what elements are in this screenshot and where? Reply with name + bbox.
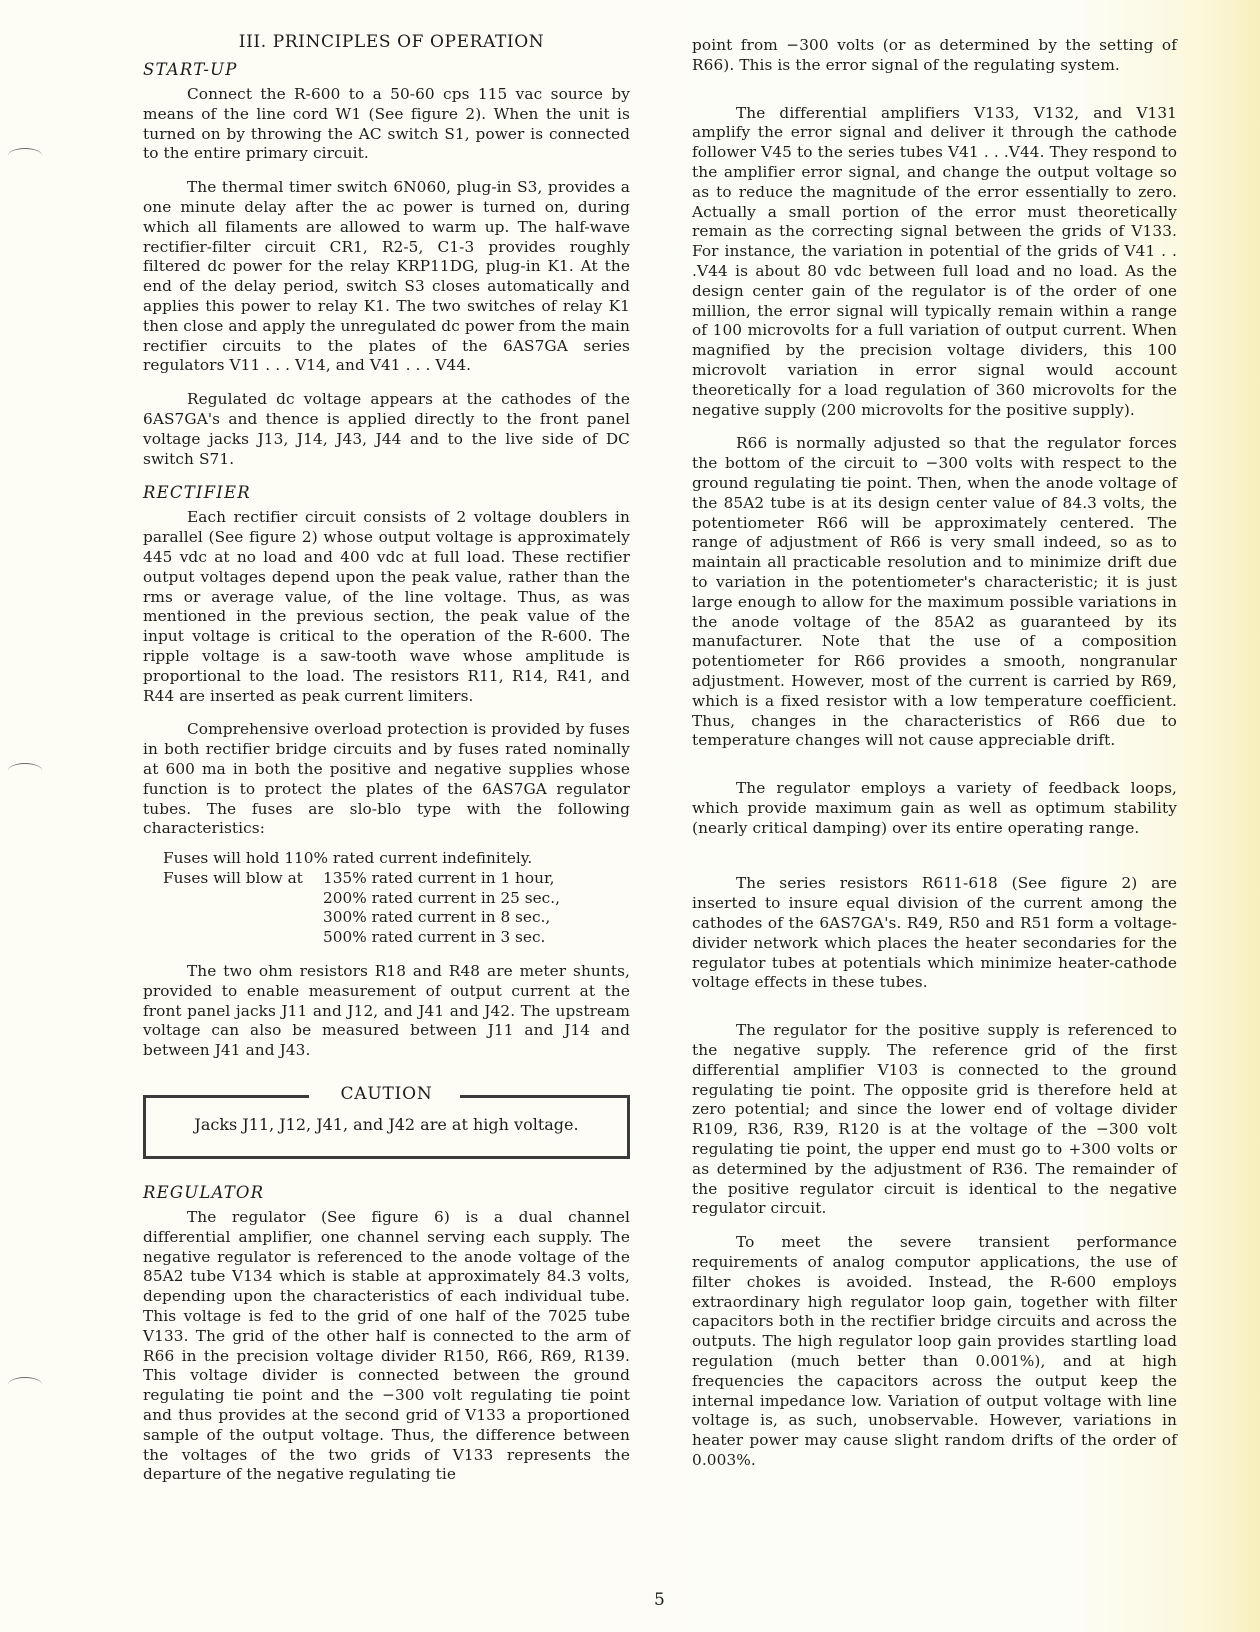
- fuse-blow-lead: Fuses will blow at: [163, 869, 323, 889]
- paragraph: Regulated dc voltage appears at the cath…: [143, 390, 630, 469]
- paragraph: The differential amplifiers V133, V132, …: [692, 104, 1177, 421]
- paragraph: The regulator for the positive supply is…: [692, 1021, 1177, 1219]
- binder-hole-mark: [8, 148, 42, 163]
- section-heading-regulator: REGULATOR: [143, 1183, 630, 1202]
- section-heading-startup: START-UP: [143, 60, 630, 79]
- caution-text: Jacks J11, J12, J41, and J42 are at high…: [156, 1115, 617, 1134]
- page-title: III. PRINCIPLES OF OPERATION: [143, 32, 630, 52]
- binder-hole-mark: [8, 763, 42, 778]
- paragraph: The thermal timer switch 6N060, plug-in …: [143, 178, 630, 376]
- paragraph: R66 is normally adjusted so that the reg…: [692, 434, 1177, 751]
- paragraph: The series resistors R611-618 (See figur…: [692, 874, 1177, 993]
- caution-box: CAUTION Jacks J11, J12, J41, and J42 are…: [143, 1097, 630, 1159]
- fuse-blow-line: 135% rated current in 1 hour,: [323, 869, 554, 889]
- fuse-blow-line: 300% rated current in 8 sec.,: [323, 908, 550, 928]
- paragraph: The two ohm resistors R18 and R48 are me…: [143, 962, 630, 1061]
- paragraph: To meet the severe transient performance…: [692, 1233, 1177, 1471]
- caution-title: CAUTION: [146, 1084, 627, 1104]
- binder-hole-mark: [8, 1377, 42, 1392]
- left-column: III. PRINCIPLES OF OPERATION START-UP Co…: [143, 30, 630, 1499]
- paragraph: point from −300 volts (or as determined …: [692, 36, 1177, 76]
- fuse-blow-line: 500% rated current in 3 sec.: [323, 928, 545, 948]
- paragraph: Each rectifier circuit consists of 2 vol…: [143, 508, 630, 706]
- section-heading-rectifier: RECTIFIER: [143, 483, 630, 502]
- right-column: point from −300 volts (or as determined …: [692, 36, 1177, 1485]
- paragraph: Comprehensive overload protection is pro…: [143, 720, 630, 839]
- paragraph: The regulator (See figure 6) is a dual c…: [143, 1208, 630, 1485]
- fuse-hold-line: Fuses will hold 110% rated current indef…: [163, 849, 532, 869]
- fuse-blow-line: 200% rated current in 25 sec.,: [323, 889, 560, 909]
- paragraph: The regulator employs a variety of feedb…: [692, 779, 1177, 838]
- paragraph: Connect the R-600 to a 50-60 cps 115 vac…: [143, 85, 630, 164]
- fuse-characteristics-list: Fuses will hold 110% rated current indef…: [163, 849, 630, 948]
- page-number: 5: [654, 1590, 665, 1610]
